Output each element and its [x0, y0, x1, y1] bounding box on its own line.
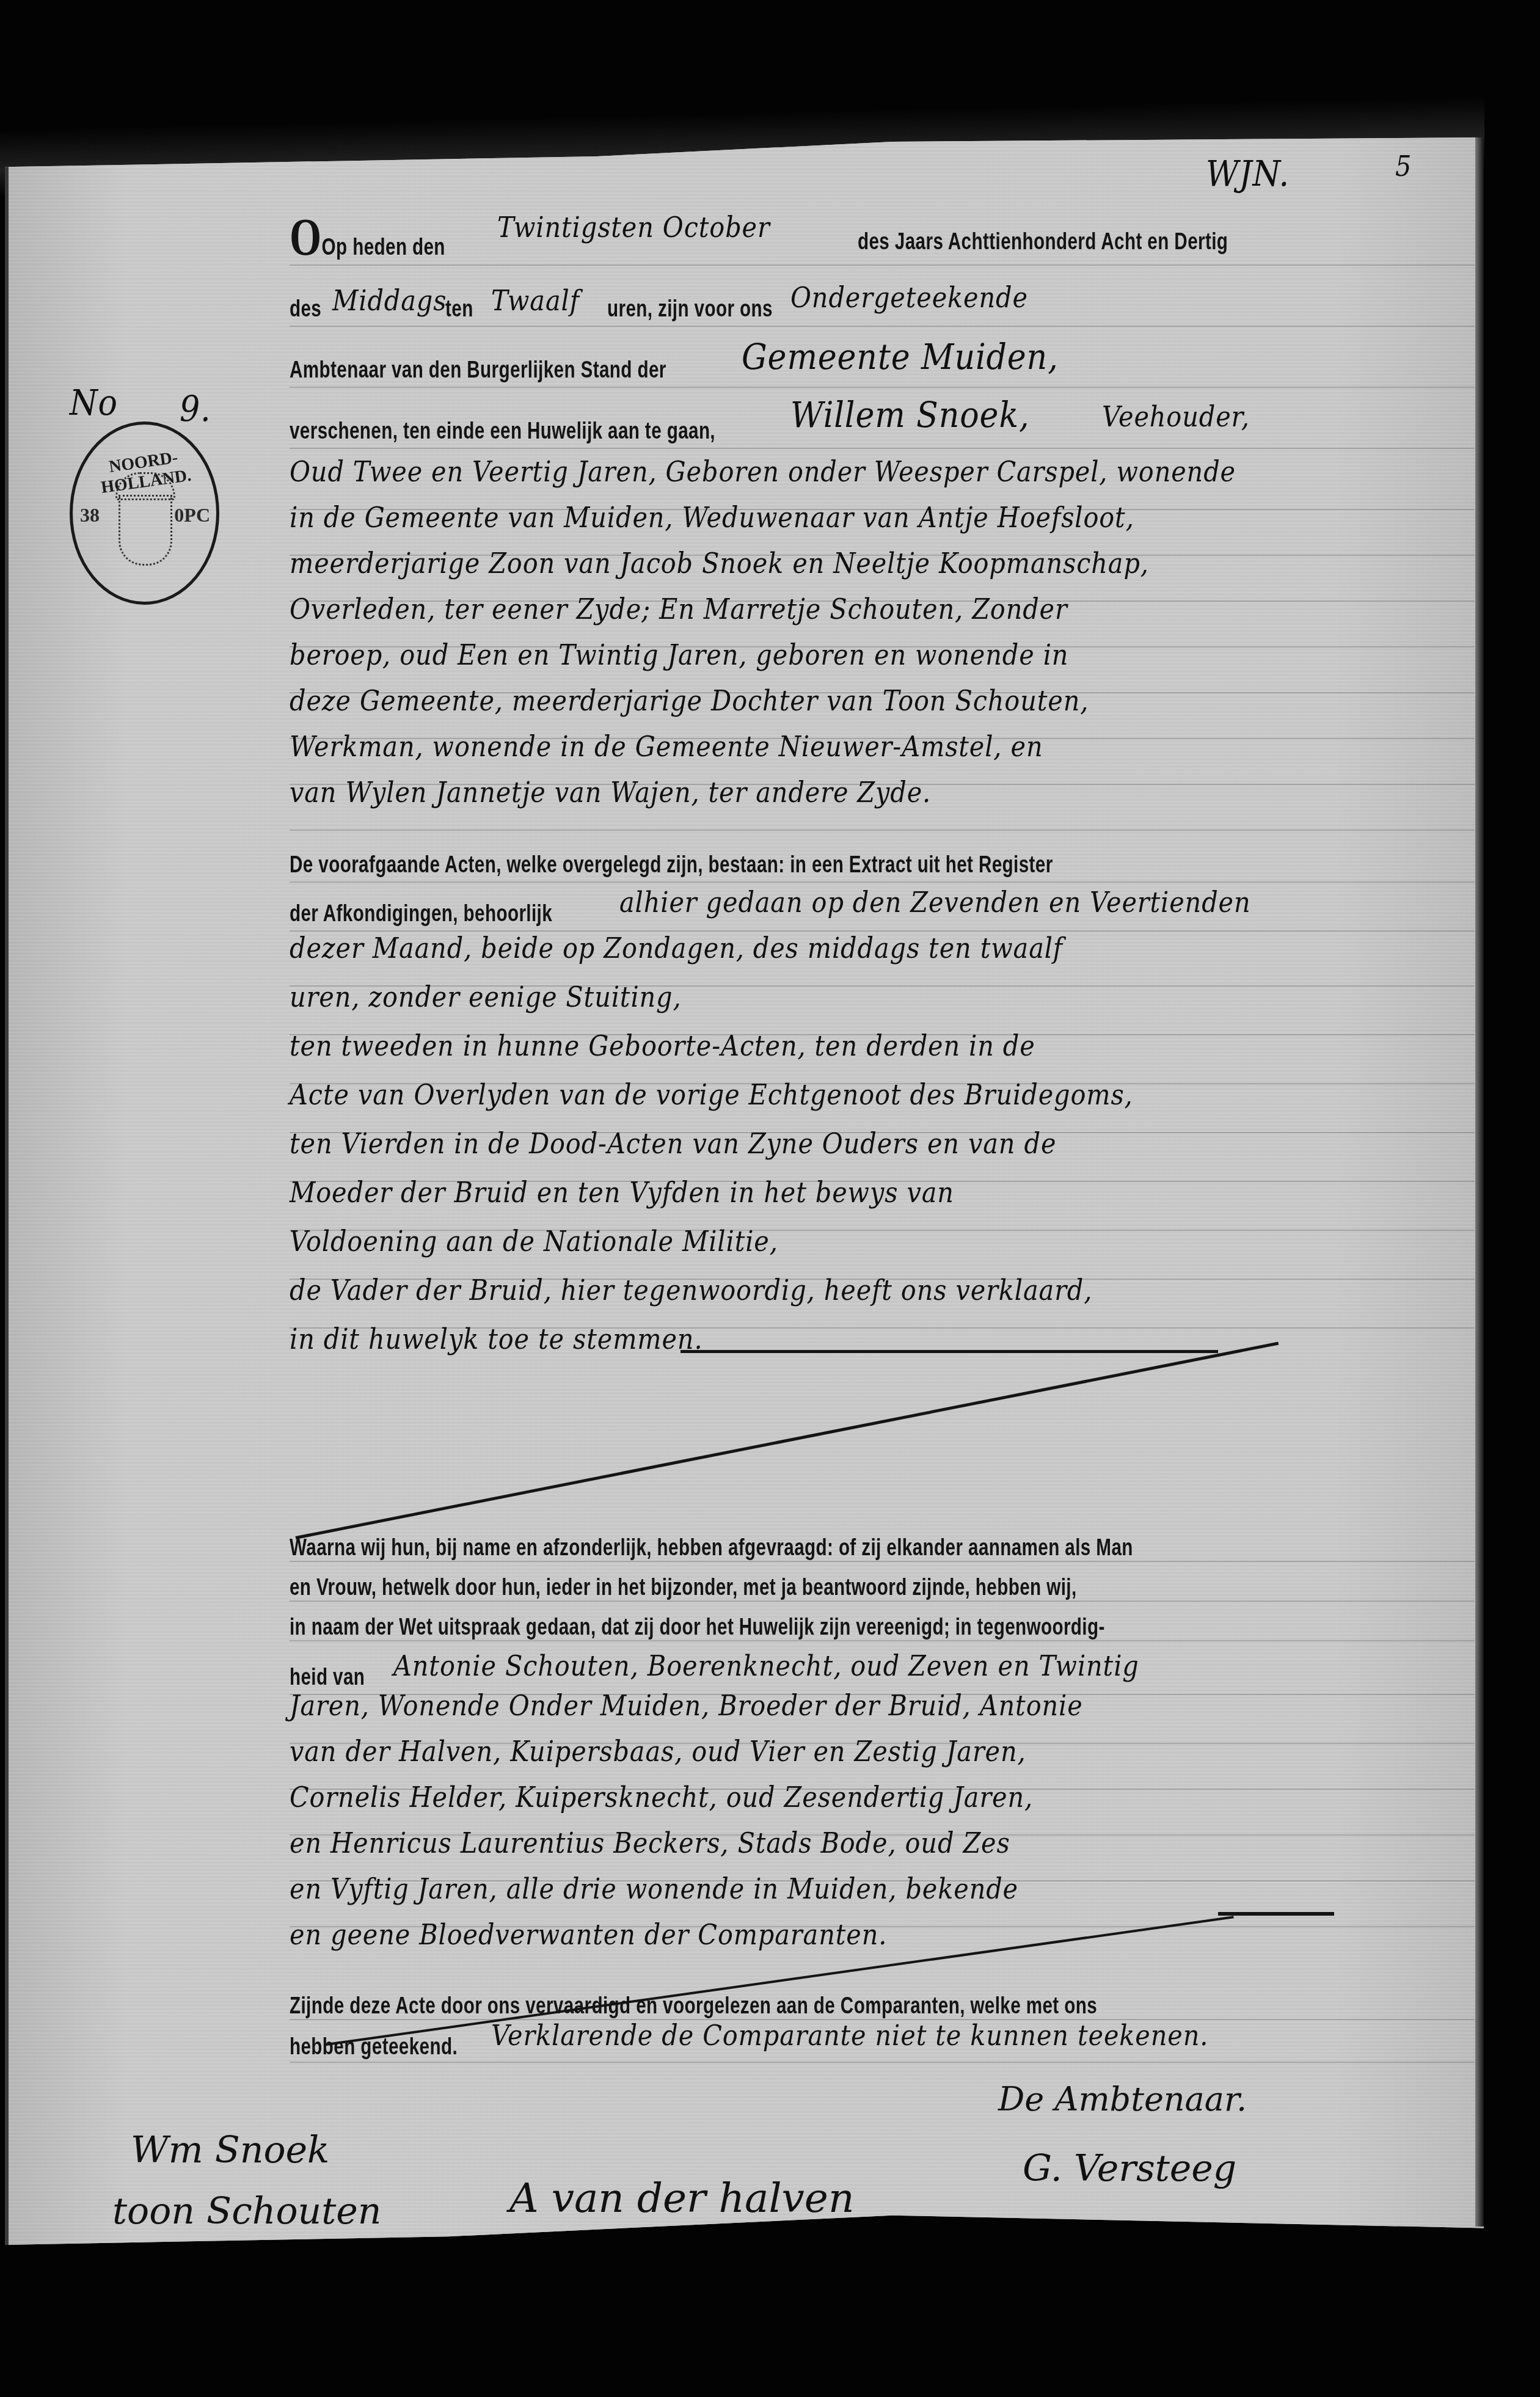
hand-line: in dit huwelyk toe te stemmen. — [290, 1323, 1475, 1376]
hand-line: uren, zonder eenige Stuiting, — [290, 980, 1475, 1035]
opening-line-3: Ambtenaar van den Burgerlijken Stand der… — [290, 333, 1475, 388]
top-right-annotation: WJN. — [1206, 153, 1290, 194]
signature-witness-schouten: A Schouten — [106, 2251, 319, 2294]
opening-line-4: verschenen, ten einde een Huwelijk aan t… — [290, 394, 1475, 449]
noord-holland-tax-stamp: NOORD-HOLLAND. 38 0PC — [70, 421, 219, 605]
witness-text: Antonie Schouten, Boerenknecht, oud Zeve… — [393, 1649, 1139, 1682]
signature-bride-father: toon Schouten — [112, 2190, 381, 2233]
closing-section: Zijnde deze Acte door ons vervaardigd en… — [290, 1982, 1475, 2104]
ceremony-printed-line: en Vrouw, hetwelk door hun, ieder in het… — [290, 1564, 1475, 1602]
handwritten-date: Twintigsten October — [497, 211, 770, 244]
opening-section: OOp heden den Twintigsten October des Ja… — [290, 211, 1475, 822]
closing-rule — [681, 1350, 1218, 1353]
closing-line-1: Zijnde deze Acte door ons vervaardigd en… — [290, 1982, 1475, 2020]
signature-witness-helder: C Helder — [448, 2239, 616, 2282]
acts-line-1: De voorafgaande Acten, welke overgelegd … — [290, 828, 1475, 883]
official-signature: G. Versteeg — [1023, 2147, 1236, 2190]
stamp-left-text: 38 — [80, 504, 100, 527]
opening-line-1: OOp heden den Twintigsten October des Ja… — [290, 211, 1475, 266]
hand-line: ten tweeden in hunne Geboorte-Acten, ten… — [290, 1029, 1475, 1084]
hand-line: de Vader der Bruid, hier tegenwoordig, h… — [290, 1274, 1475, 1329]
hand-line: Acte van Overlyden van de vorige Echtgen… — [290, 1078, 1475, 1133]
printed-text: der Afkondigingen, behoorlijk — [290, 901, 552, 927]
official-title: De Ambtenaar. — [998, 2080, 1247, 2118]
ceremony-witness-line: heid van Antonie Schouten, Boerenknecht,… — [290, 1640, 1475, 1695]
signature-witness-van-der-halven: A van der halven — [509, 2175, 854, 2222]
hand-line: van Wylen Jannetje van Wajen, ter andere… — [290, 776, 1475, 831]
acts-line-2: der Afkondigingen, behoorlijk alhier ged… — [290, 877, 1475, 932]
handwritten-official: Ondergeteekende — [790, 281, 1028, 314]
ceremony-section: Waarna wij hun, bij name en afzonderlijk… — [290, 1524, 1475, 1952]
closing-line-2: hebben geteekend. Verklarende de Compara… — [290, 2019, 1475, 2063]
printed-text: Ambtenaar van den Burgerlijken Stand der — [290, 357, 666, 384]
ceremony-printed-line: Waarna wij hun, bij name en afzonderlijk… — [290, 1524, 1475, 1562]
printed-text: des Jaars Achttienhonderd Acht en Dertig — [858, 229, 1228, 255]
page-right-edge — [1475, 137, 1484, 2227]
printed-text: verschenen, ten einde een Huwelijk aan t… — [290, 418, 715, 445]
printed-text: uren, zijn voor ons — [607, 296, 773, 323]
hand-line: Moeder der Bruid en ten Vyfden in het be… — [290, 1176, 1475, 1231]
margin-number-value: 9. — [180, 388, 211, 429]
signature-witness-beckers: H. L. Beckers — [210, 2312, 462, 2355]
printed-text: des — [290, 296, 321, 323]
groom-occupation: Veehouder, — [1102, 400, 1250, 433]
hand-line: dezer Maand, beide op Zondagen, des midd… — [290, 932, 1475, 987]
document-page: WJN. 5 No 9. NOORD-HOLLAND. 38 0PC OOp h… — [5, 137, 1484, 2245]
handwritten-declaration: Verklarende de Comparante niet te kunnen… — [491, 2019, 1208, 2052]
ceremony-end-rule — [1218, 1912, 1334, 1916]
previous-acts-section: De voorafgaande Acten, welke overgelegd … — [290, 828, 1475, 1377]
hand-line: en geene Bloedverwanten der Comparanten. — [290, 1918, 1475, 1972]
handwritten-text: alhier gedaan op den Zevenden en Veertie… — [619, 886, 1251, 919]
printed-text: OOp heden den — [290, 211, 445, 263]
hand-line: Voldoening aan de Nationale Militie, — [290, 1225, 1475, 1280]
hand-line: ten Vierden in de Dood-Acten van Zyne Ou… — [290, 1127, 1475, 1182]
page-number: 5 — [1395, 150, 1412, 183]
signature-groom: Wm Snoek — [131, 2129, 329, 2172]
printed-text: De voorafgaande Acten, welke overgelegd … — [290, 852, 1053, 878]
groom-name: Willem Snoek, — [790, 394, 1029, 436]
margin-number-label: No — [70, 382, 118, 423]
handwritten-time: Middags — [332, 284, 447, 317]
printed-text: ten — [445, 296, 473, 323]
stamp-right-text: 0PC — [174, 504, 210, 527]
handwritten-hour: Twaalf — [491, 284, 580, 317]
ceremony-printed-line: in naam der Wet uitspraak gedaan, dat zi… — [290, 1603, 1475, 1641]
coat-of-arms-icon — [119, 495, 172, 566]
handwritten-municipality: Gemeente Muiden, — [742, 336, 1059, 378]
opening-line-2: des Middags ten Twaalf uren, zijn voor o… — [290, 272, 1475, 327]
